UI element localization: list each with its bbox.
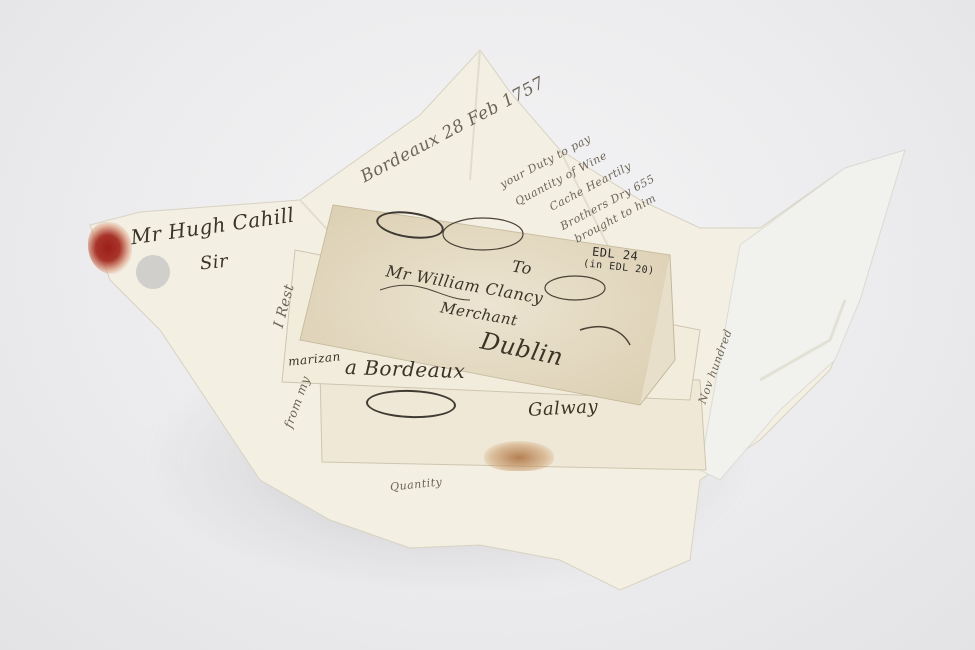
- right-flap: [700, 150, 905, 480]
- salutation: Sir: [199, 251, 229, 275]
- photo-scene: Mr Hugh Cahill Sir Bordeaux 28 Feb 1757 …: [0, 0, 975, 650]
- grey-stain: [136, 255, 170, 289]
- bottom-address-city: Galway: [527, 396, 598, 421]
- brown-wax-stain: [484, 441, 554, 471]
- address-to: To: [511, 257, 534, 279]
- letters-illustration: [0, 0, 975, 650]
- middle-address-city: a Bordeaux: [345, 355, 466, 383]
- red-wax-seal: [88, 222, 132, 274]
